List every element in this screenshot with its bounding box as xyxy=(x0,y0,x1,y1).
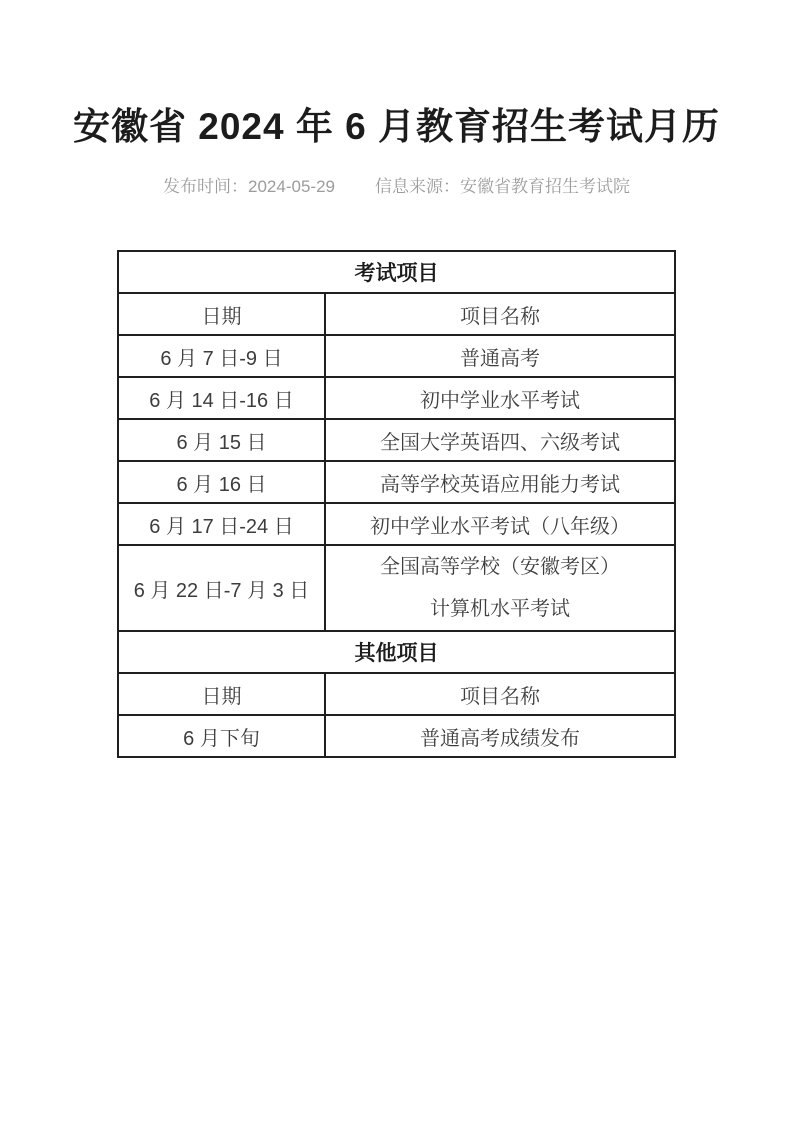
date-cell: 6 月 22 日-7 月 3 日 xyxy=(118,545,325,631)
document-page: 安徽省 2024 年 6 月教育招生考试月历 发布时间：2024-05-29信息… xyxy=(0,0,793,1122)
section-header-row: 考试项目 xyxy=(118,251,675,293)
name-cell: 全国大学英语四、六级考试 xyxy=(325,419,675,461)
column-header-row: 日期项目名称 xyxy=(118,293,675,335)
info-source-label: 信息来源： xyxy=(375,177,460,196)
date-cell: 6 月 16 日 xyxy=(118,461,325,503)
table-row: 6 月 7 日-9 日普通高考 xyxy=(118,335,675,377)
page-title: 安徽省 2024 年 6 月教育招生考试月历 xyxy=(0,0,793,151)
name-cell-line: 全国高等学校（安徽考区） xyxy=(330,546,670,588)
date-column-header: 日期 xyxy=(118,293,325,335)
name-cell: 普通高考 xyxy=(325,335,675,377)
date-cell: 6 月下旬 xyxy=(118,715,325,757)
table-row: 6 月 22 日-7 月 3 日全国高等学校（安徽考区）计算机水平考试 xyxy=(118,545,675,631)
section-header-row: 其他项目 xyxy=(118,631,675,673)
name-cell-line: 计算机水平考试 xyxy=(330,588,670,630)
column-header-row: 日期项目名称 xyxy=(118,673,675,715)
meta-line: 发布时间：2024-05-29信息来源：安徽省教育招生考试院 xyxy=(0,176,793,198)
publish-time-value: 2024-05-29 xyxy=(248,177,335,196)
name-column-header: 项目名称 xyxy=(325,293,675,335)
name-cell: 高等学校英语应用能力考试 xyxy=(325,461,675,503)
info-source: 信息来源：安徽省教育招生考试院 xyxy=(375,177,630,196)
table-row: 6 月 15 日全国大学英语四、六级考试 xyxy=(118,419,675,461)
name-column-header: 项目名称 xyxy=(325,673,675,715)
publish-time-label: 发布时间： xyxy=(163,177,248,196)
name-cell: 初中学业水平考试 xyxy=(325,377,675,419)
table-row: 6 月下旬普通高考成绩发布 xyxy=(118,715,675,757)
info-source-value: 安徽省教育招生考试院 xyxy=(460,177,630,196)
date-cell: 6 月 15 日 xyxy=(118,419,325,461)
name-cell: 初中学业水平考试（八年级） xyxy=(325,503,675,545)
date-cell: 6 月 7 日-9 日 xyxy=(118,335,325,377)
name-cell: 普通高考成绩发布 xyxy=(325,715,675,757)
table-row: 6 月 14 日-16 日初中学业水平考试 xyxy=(118,377,675,419)
table-row: 6 月 17 日-24 日初中学业水平考试（八年级） xyxy=(118,503,675,545)
date-column-header: 日期 xyxy=(118,673,325,715)
date-cell: 6 月 17 日-24 日 xyxy=(118,503,325,545)
table-row: 6 月 16 日高等学校英语应用能力考试 xyxy=(118,461,675,503)
exam-calendar-table: 考试项目日期项目名称6 月 7 日-9 日普通高考6 月 14 日-16 日初中… xyxy=(117,250,676,758)
section-header-cell: 其他项目 xyxy=(118,631,675,673)
name-cell: 全国高等学校（安徽考区）计算机水平考试 xyxy=(325,545,675,631)
publish-time: 发布时间：2024-05-29 xyxy=(163,177,335,196)
date-cell: 6 月 14 日-16 日 xyxy=(118,377,325,419)
section-header-cell: 考试项目 xyxy=(118,251,675,293)
